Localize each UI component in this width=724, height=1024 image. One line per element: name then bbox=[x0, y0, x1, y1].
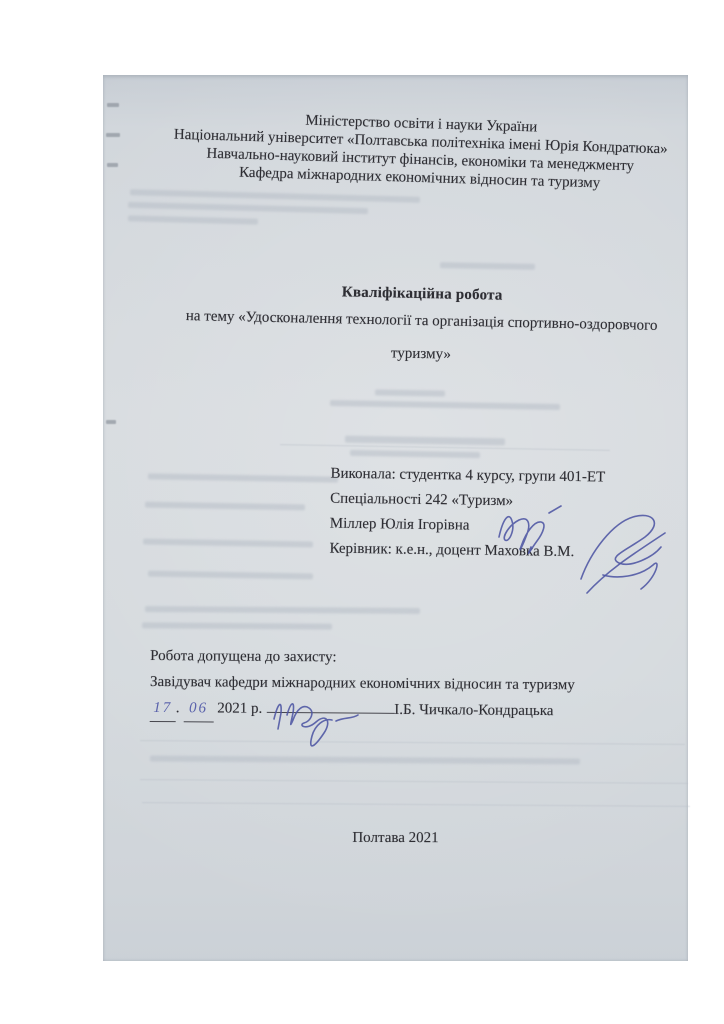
bleed-through-line bbox=[145, 502, 305, 511]
bleed-through-rule bbox=[280, 444, 610, 451]
admitted-line: Робота допущена до захисту: bbox=[150, 643, 670, 673]
handwritten-month: 06 bbox=[183, 695, 213, 722]
scan-artifact bbox=[106, 133, 120, 137]
approver-signature-line bbox=[266, 698, 394, 714]
author-block: Виконала: студентка 4 курсу, групи 401-Е… bbox=[329, 462, 670, 567]
approver-name: І.Б. Чичкало-Кондрацька bbox=[394, 702, 553, 719]
bleed-through-line bbox=[148, 473, 338, 482]
bleed-through-line bbox=[130, 189, 420, 203]
bleed-through-line bbox=[143, 539, 313, 548]
city-year: Полтава 2021 bbox=[352, 830, 438, 846]
footer-block: Полтава 2021 bbox=[103, 829, 688, 848]
bleed-through-rule bbox=[142, 802, 690, 807]
document-sheet: Міністерство освіти і науки України Наці… bbox=[103, 75, 688, 961]
bleed-through-rule bbox=[140, 740, 685, 745]
date-separator: . bbox=[176, 700, 180, 716]
bleed-through-line bbox=[128, 202, 368, 214]
approval-block: Робота допущена до захисту: Завідувач ка… bbox=[150, 643, 671, 726]
scan-artifact bbox=[106, 420, 116, 424]
header-block: Міністерство освіти і науки України Наці… bbox=[127, 106, 714, 195]
bleed-through-line bbox=[440, 262, 535, 270]
scan-artifact bbox=[107, 163, 118, 167]
scanned-page-photo: Міністерство освіти і науки України Наці… bbox=[0, 0, 724, 1024]
date-year: 2021 р. bbox=[217, 700, 262, 716]
bleed-through-line bbox=[330, 400, 560, 410]
bleed-through-line bbox=[345, 436, 505, 446]
scan-artifact bbox=[107, 103, 119, 107]
title-block: Кваліфікаційна робота на тему «Удосконал… bbox=[128, 277, 715, 377]
bleed-through-line bbox=[350, 450, 480, 458]
bleed-through-line bbox=[150, 755, 580, 764]
head-of-department-line: Завідувач кафедри міжнародних економічни… bbox=[150, 669, 670, 699]
bleed-through-line bbox=[142, 622, 332, 629]
supervisor-line: Керівник: к.е.н., доцент Маховка В.М. bbox=[329, 537, 669, 567]
bleed-through-line bbox=[145, 606, 420, 614]
bleed-through-line bbox=[375, 389, 445, 396]
bleed-through-rule bbox=[140, 779, 688, 784]
handwritten-day: 17 bbox=[150, 695, 176, 722]
bleed-through-line bbox=[148, 571, 313, 580]
date-signature-row: 17.06 2021 р.І.Б. Чичкало-Кондрацька bbox=[150, 695, 670, 726]
bleed-through-line bbox=[128, 215, 258, 224]
